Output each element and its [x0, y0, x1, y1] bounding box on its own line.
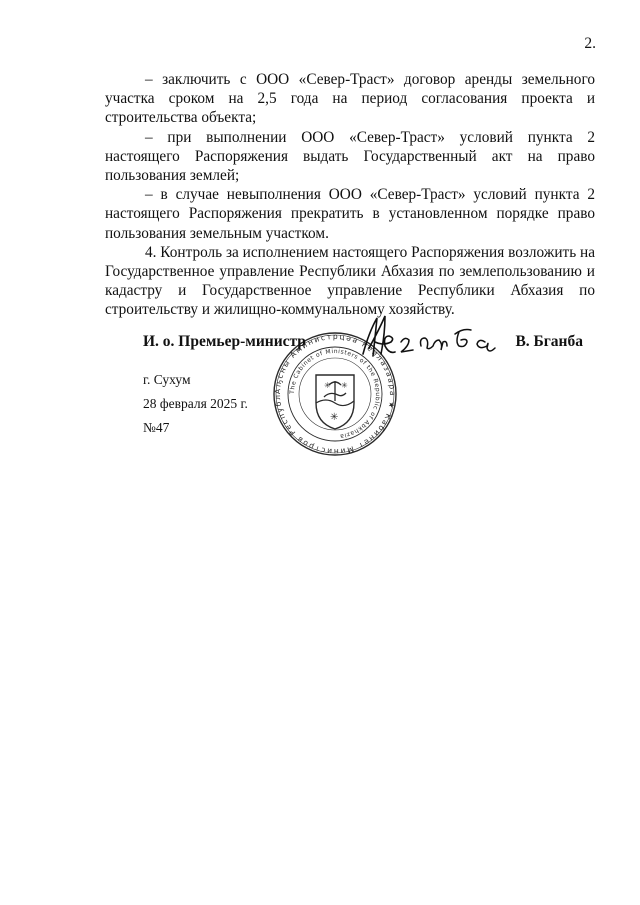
- svg-text:✳: ✳: [324, 381, 331, 390]
- paragraph-termination: – в случае невыполнения ООО «Север-Траст…: [105, 185, 595, 243]
- paragraph-lease: – заключить с ООО «Север-Траст» договор …: [105, 70, 595, 128]
- signatory-name: В. Бганба: [515, 333, 583, 351]
- signature-block: И. о. Премьер-министр В. Бганба: [143, 333, 595, 355]
- issue-city: г. Сухум: [143, 368, 248, 392]
- document-number: №47: [143, 416, 248, 440]
- signatory-title: И. о. Премьер-министр: [143, 333, 306, 351]
- paragraph-state-act: – при выполнении ООО «Север-Траст» услов…: [105, 128, 595, 186]
- svg-text:✳: ✳: [341, 381, 348, 390]
- svg-text:✳: ✳: [330, 412, 338, 423]
- paragraph-control: 4. Контроль за исполнением настоящего Ра…: [105, 243, 595, 320]
- document-body: – заключить с ООО «Север-Траст» договор …: [105, 70, 595, 320]
- page-number: 2.: [584, 35, 596, 53]
- document-meta: г. Сухум 28 февраля 2025 г. №47: [143, 368, 248, 440]
- issue-date: 28 февраля 2025 г.: [143, 392, 248, 416]
